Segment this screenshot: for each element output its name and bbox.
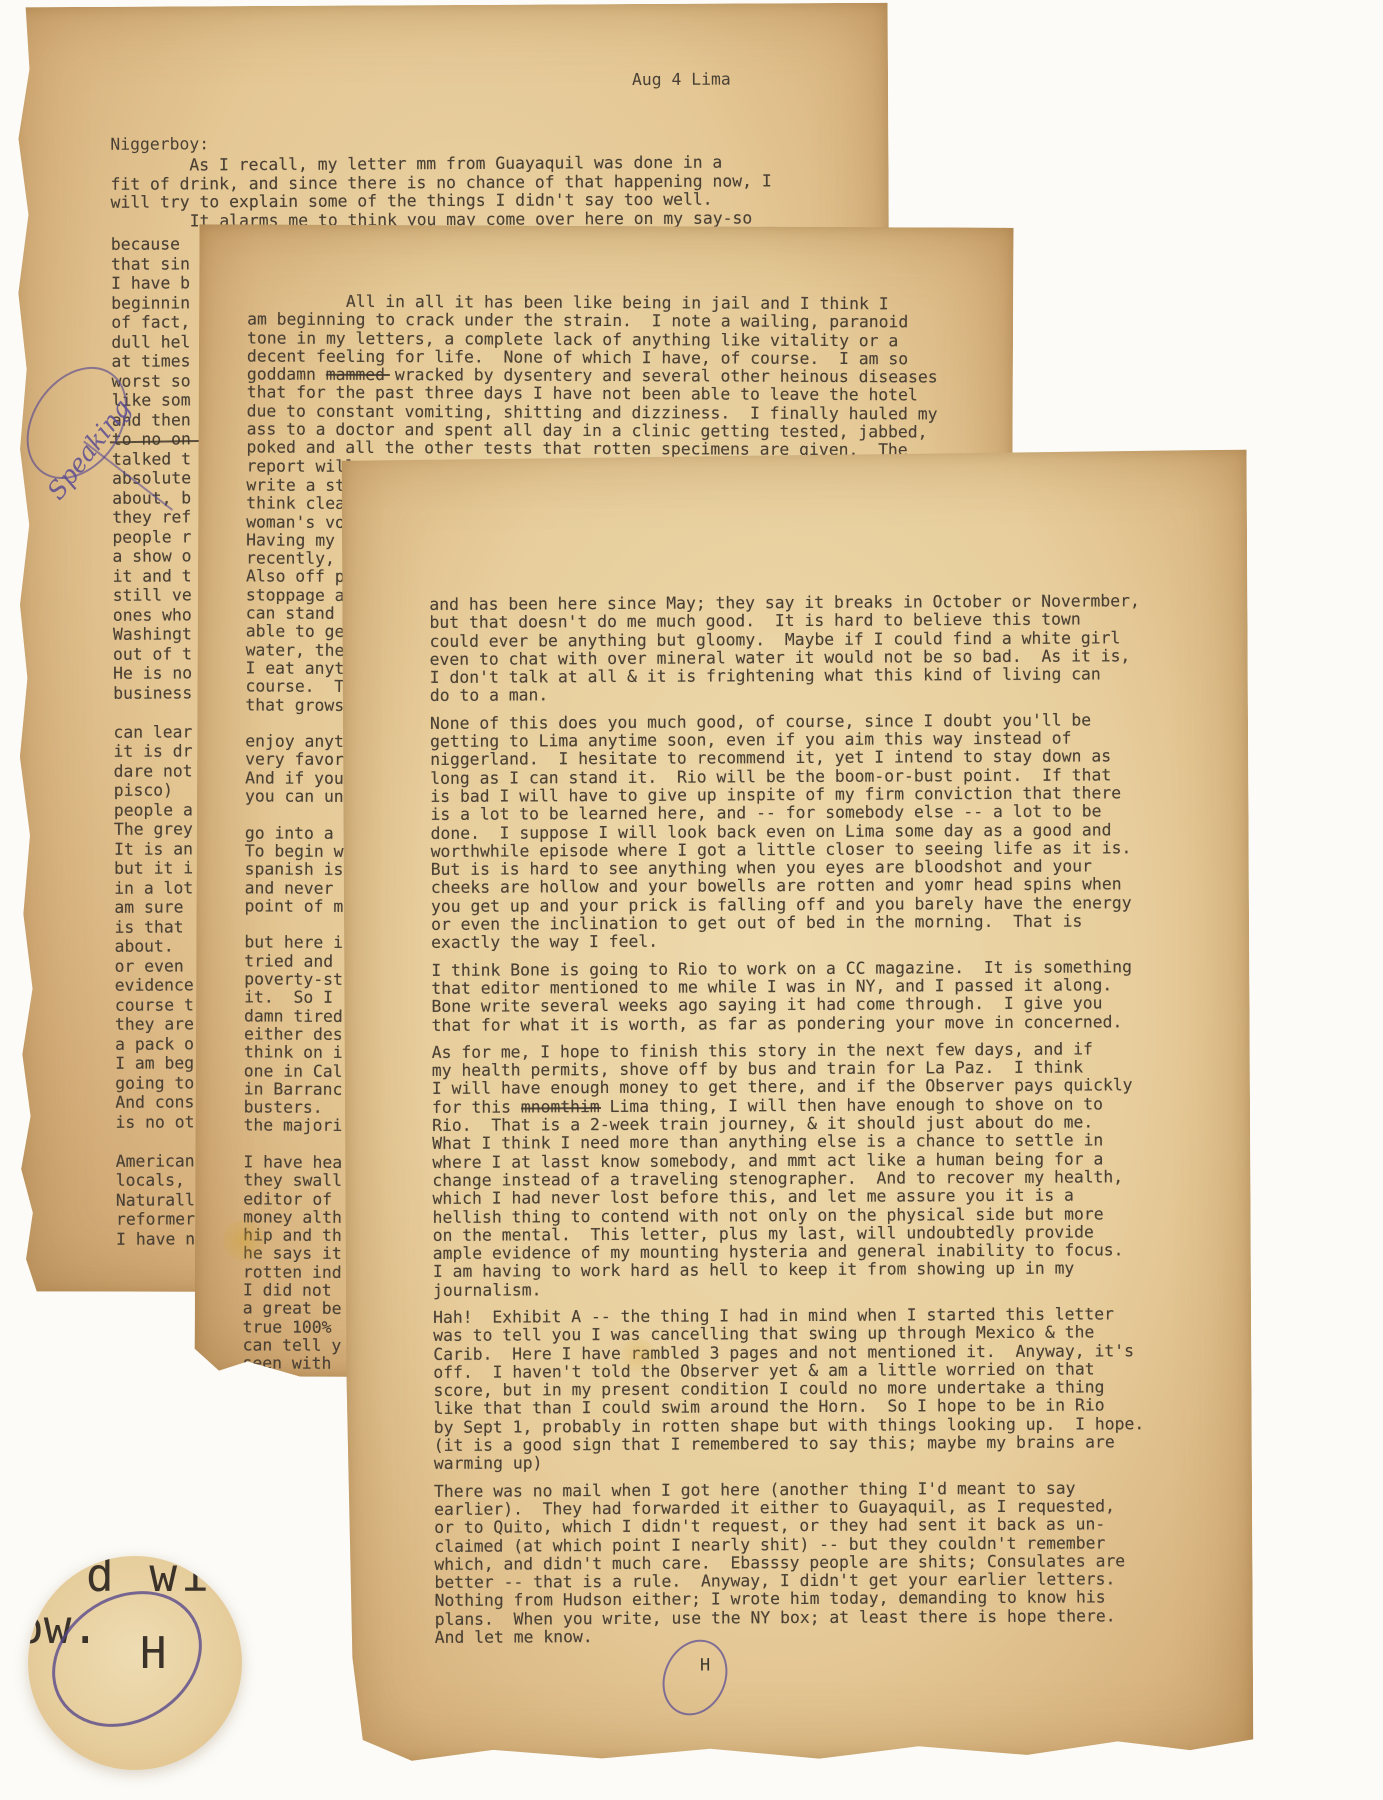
page3-paragraph-3: I think Bone is going to Rio to work on …	[431, 958, 1142, 1035]
page3-paragraph-4: As for me, I hope to finish this story i…	[432, 1040, 1144, 1300]
page3-body: and has been here since May; they say it…	[429, 592, 1145, 1656]
strikethrough-mark	[326, 374, 390, 377]
signature-initial: H	[140, 1628, 167, 1679]
letter-photograph: Aug 4 Lima Niggerboy: As I recall, my le…	[0, 0, 1383, 1800]
paper-stain	[621, 1338, 655, 1372]
paper-stain	[223, 1219, 265, 1261]
strikethrough-mark	[521, 1107, 601, 1110]
letter-page-3: and has been here since May; they say it…	[342, 450, 1254, 1763]
signature-initial: H	[700, 1655, 710, 1675]
page2-paragraph: All in all it has been like being in jai…	[246, 292, 938, 478]
magnified-signature-inset: d wi ow. H	[28, 1556, 242, 1770]
page3-paragraph-6: There was no mail when I got here (anoth…	[434, 1479, 1145, 1647]
page3-paragraph-5: Hah! Exhibit A -- the thing I had in min…	[433, 1305, 1144, 1473]
dateline: Aug 4 Lima	[632, 70, 731, 90]
page1-opening-paragraph: As I recall, my letter mm from Guayaquil…	[110, 153, 772, 231]
page3-paragraph-2: None of this does you much good, of cour…	[430, 711, 1142, 953]
page3-paragraph-1: and has been here since May; they say it…	[429, 592, 1140, 705]
salutation: Niggerboy:	[110, 134, 209, 154]
